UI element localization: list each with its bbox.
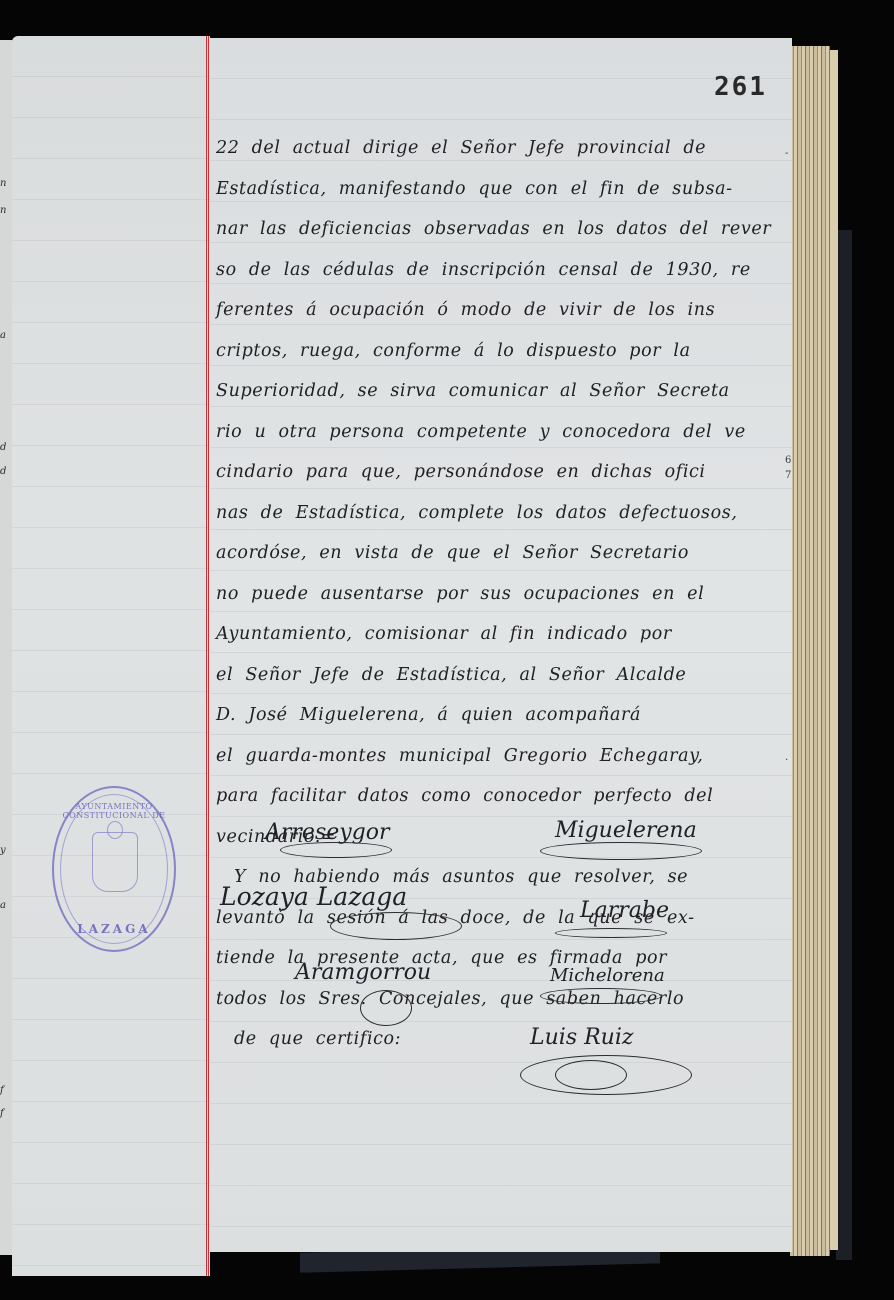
signature: Larrabe (580, 898, 669, 923)
text-line: Estadística, manifestando que con el fin… (216, 169, 776, 210)
text-line: rio u otra persona competente y conocedo… (216, 412, 776, 453)
margin-mark: 7 (785, 470, 791, 481)
margin-mark: a (0, 330, 6, 341)
text-line: no puede ausentarse por sus ocupaciones … (216, 574, 776, 615)
signature-flourish (360, 990, 412, 1026)
margin-mark: y (0, 845, 6, 856)
margin-mark: n (0, 178, 6, 189)
text-line: nas de Estadística, complete los datos d… (216, 493, 776, 534)
signature: Michelorena (550, 965, 665, 986)
margin-mark: n (0, 205, 6, 216)
signature-flourish (555, 1060, 627, 1090)
margin-mark: - (785, 148, 788, 159)
municipal-seal-stamp: AYUNTAMIENTO CONSTITUCIONAL DE LAZAGA (52, 786, 176, 952)
text-line: Superioridad, se sirva comunicar al Seño… (216, 371, 776, 412)
seal-bottom-text: LAZAGA (54, 922, 174, 936)
seal-top-text: AYUNTAMIENTO CONSTITUCIONAL DE (54, 802, 174, 820)
margin-mark: f (0, 1108, 4, 1119)
margin-mark: d (0, 442, 6, 453)
text-line: acordóse, en vista de que el Señor Secre… (216, 533, 776, 574)
red-margin-rule (206, 36, 209, 1276)
signature-flourish (540, 988, 662, 1004)
signatures-block: Arreseygor Miguelerena Lozaya Lazaga Lar… (210, 800, 790, 1120)
text-line: 22 del actual dirige el Señor Jefe provi… (216, 128, 776, 169)
margin-mark: 6 (785, 455, 791, 466)
left-page (12, 36, 210, 1276)
signature-flourish (330, 912, 462, 940)
signature-flourish (540, 842, 702, 860)
text-line: el Señor Jefe de Estadística, al Señor A… (216, 655, 776, 696)
margin-mark: · (785, 755, 788, 766)
page-stack-edges (790, 46, 830, 1256)
coat-of-arms-icon (92, 832, 138, 892)
book-cover-spine (836, 230, 852, 1260)
text-line: so de las cédulas de inscripción censal … (216, 250, 776, 291)
text-line: ferentes á ocupación ó modo de vivir de … (216, 290, 776, 331)
signature-flourish (555, 928, 667, 938)
signature-flourish (280, 842, 392, 858)
text-line: criptos, ruega, conforme á lo dispuesto … (216, 331, 776, 372)
signature: Aramgorrou (295, 960, 431, 985)
margin-mark: f (0, 1085, 4, 1096)
text-line: Ayuntamiento, comisionar al fin indicado… (216, 614, 776, 655)
text-line: el guarda-montes municipal Gregorio Eche… (216, 736, 776, 777)
text-line: cindario para que, personándose en dicha… (216, 452, 776, 493)
signature: Lozaya Lazaga (220, 882, 407, 911)
text-line: D. José Miguelerena, á quien acompañará (216, 695, 776, 736)
signature: Luis Ruiz (530, 1025, 633, 1050)
open-ledger-book: n n a d d y a f f 261 22 del actual diri… (0, 0, 894, 1300)
margin-mark: d (0, 466, 6, 477)
ruled-lines (12, 36, 210, 1276)
signature: Miguelerena (555, 818, 697, 843)
margin-mark: a (0, 900, 6, 911)
text-line: nar las deficiencias observadas en los d… (216, 209, 776, 250)
page-number: 261 (714, 72, 767, 102)
